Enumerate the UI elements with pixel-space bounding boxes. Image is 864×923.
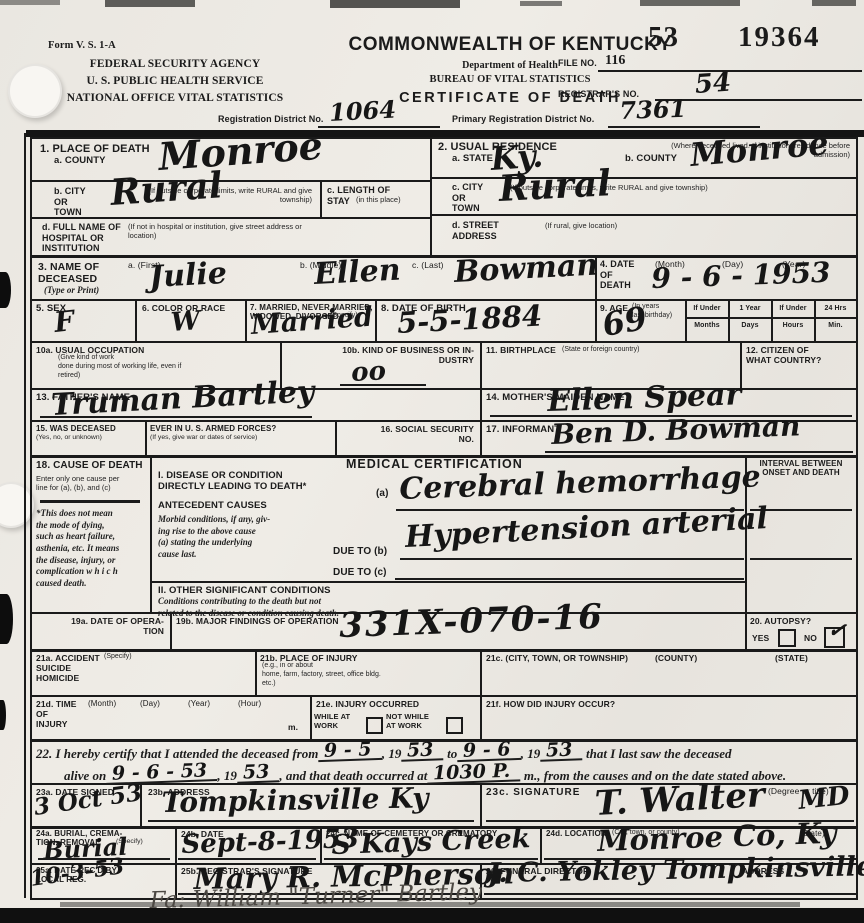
file-no-value: 116 [605, 53, 626, 70]
cause-note-rule [40, 500, 140, 503]
address-signed-value: Tompkinsville Ky [161, 781, 428, 819]
length-of-stay-hint: (in this place) [356, 195, 401, 204]
residence-street-label: d. STREET ADDRESS [452, 220, 499, 241]
stamp-file-serial: 19364 [738, 20, 821, 54]
residence-state-label: a. STATE [452, 153, 493, 164]
residence-street-hint: (If rural, give location) [545, 221, 617, 230]
age-col4-bottom: Min. [815, 322, 856, 330]
form-number: Form V. S. 1-A [48, 40, 116, 52]
injury-state-label: (STATE) [775, 653, 808, 663]
certify-text-2a: alive on [64, 768, 106, 783]
stamp-file-year: 53 [648, 20, 679, 54]
name-last-label: c. (Last) [412, 260, 444, 270]
name-sub: (Type or Print) [44, 285, 99, 297]
scan-artifact [812, 0, 856, 6]
agency-line-1: FEDERAL SECURITY AGENCY [40, 58, 310, 72]
certify-line-1: 22. I hereby certify that I attended the… [36, 744, 732, 763]
binding-mark [0, 272, 11, 308]
injury-day-hint: (Day) [140, 699, 160, 708]
not-while-at-work-checkbox [446, 717, 463, 734]
due-to-c-rule [395, 578, 744, 580]
informant-rule [545, 451, 853, 453]
address-signed-rule [148, 820, 474, 822]
business-rule [340, 384, 426, 386]
how-injury-label: 21f. HOW DID INJURY OCCUR? [486, 699, 615, 709]
place-city-label: b. CITY OR TOWN [54, 186, 86, 218]
residence-city-value: Rural [498, 162, 612, 210]
left-binding-line [24, 133, 26, 898]
registrars-no-rule [655, 99, 862, 101]
registration-district-value: 1064 [328, 95, 396, 127]
place-county-label: a. COUNTY [54, 155, 106, 166]
certify-to-value: 9 - 6 [457, 741, 521, 762]
autopsy-yes-checkbox [778, 629, 796, 647]
primary-district-rule [608, 126, 760, 128]
accident-hint: (Specify) [104, 653, 132, 662]
age-col4-top: 24 Hrs [815, 305, 856, 313]
registration-district-rule [318, 126, 440, 128]
armed-forces-hint-2: (If yes, give war or dates of service) [150, 434, 257, 442]
cause-of-death-sub: Enter only one cause per line for (a), (… [36, 474, 119, 493]
institution-label: d. FULL NAME OF HOSPITAL OR INSTITUTION [42, 222, 121, 254]
accident-label: 21a. ACCIDENT SUICIDE HOMICIDE [36, 653, 100, 683]
hole-punch [0, 482, 34, 528]
informant-label: 17. INFORMANT [486, 424, 560, 435]
certify-text-1a: 22. I hereby certify that I attended the… [36, 746, 318, 761]
certify-time-value: 1030 P. [427, 762, 521, 784]
signature-degree-value: MD [797, 781, 851, 816]
certify-year-3: 53 [237, 763, 280, 784]
age-col2-bottom: Days [729, 322, 771, 330]
operation-findings-label: 19b. MAJOR FINDINGS OF OPERATION [176, 616, 339, 626]
occupation-hint: (Give kind of work done during most of w… [58, 354, 273, 380]
armed-forces-hint-1: (Yes, no, or unknown) [36, 434, 102, 442]
injury-county-label: (COUNTY) [655, 653, 697, 663]
residence-city-label: c. CITY OR TOWN [452, 182, 483, 214]
time-of-injury-label: 21d. TIME OF INJURY [36, 699, 77, 729]
certify-from-value: 9 - 5 [318, 741, 382, 762]
antecedent-text: Morbid conditions, if any, giv- ing rise… [158, 514, 270, 561]
disease-a-prefix: (a) [376, 488, 389, 500]
name-middle-value: Ellen [313, 253, 401, 292]
while-at-work-checkbox [366, 717, 383, 734]
institution-hint: (If not in hospital or institution, give… [128, 222, 418, 241]
place-city-value: Rural [109, 164, 224, 214]
while-at-work-label: WHILE AT WORK [314, 713, 350, 731]
certify-text-1d: , 19 [521, 746, 541, 761]
title-bureau: BUREAU OF VITAL STATISTICS [350, 74, 670, 86]
armed-forces-label-2: EVER IN U. S. ARMED FORCES? [150, 424, 276, 433]
title-commonwealth: COMMONWEALTH OF KENTUCKY [320, 34, 700, 56]
injury-m-label: m. [288, 722, 298, 732]
certify-text-1b: , 19 [382, 746, 402, 761]
antecedent-title: ANTECEDENT CAUSES [158, 500, 267, 511]
birthplace-hint: (State or foreign country) [562, 346, 639, 355]
autopsy-yes-label: YES [752, 633, 769, 643]
age-col3-bottom: Hours [772, 322, 814, 330]
injury-hour-hint: (Hour) [238, 699, 261, 708]
death-certificate-scan: Form V. S. 1-A FEDERAL SECURITY AGENCY U… [0, 0, 864, 923]
file-no-label: FILE NO. [558, 58, 597, 69]
scan-artifact [0, 0, 60, 5]
certify-text-1e: that I last saw the deceased [586, 746, 732, 761]
name-label: 3. NAME OF DECEASED [38, 261, 99, 286]
armed-forces-label-1: 15. WAS DECEASED [36, 424, 116, 433]
color-race-value: W [170, 306, 201, 338]
due-to-b-rule [400, 558, 744, 560]
signature-label: 23c. SIGNATURE [486, 787, 580, 799]
agency-line-3: NATIONAL OFFICE VITAL STATISTICS [30, 92, 320, 106]
father-rule [40, 416, 312, 418]
scan-artifact [520, 1, 562, 6]
age-col3-top: If Under [772, 305, 814, 313]
not-while-at-work-label: NOT WHILE AT WORK [386, 713, 429, 731]
other-conditions-title: II. OTHER SIGNIFICANT CONDITIONS [158, 585, 331, 596]
injury-occurred-label: 21e. INJURY OCCURRED [316, 699, 419, 709]
scan-artifact [330, 0, 460, 8]
funeral-director-rule [484, 893, 856, 895]
due-to-b-label: DUE TO (b) [333, 546, 387, 558]
social-security-label: 16. SOCIAL SECURITY NO. [342, 424, 474, 444]
certify-year-1: 53 [401, 741, 444, 762]
date-of-death-value: 9 - 6 - 1953 [651, 256, 831, 295]
funeral-director-value: J. C. Yokley Tompkinsville Ky [487, 850, 864, 889]
interval-b-rule [750, 558, 852, 560]
operation-date-label: 19a. DATE OF OPERA- TION [36, 616, 164, 636]
cause-of-death-label: 18. CAUSE OF DEATH [36, 460, 143, 472]
primary-district-value: 7361 [619, 94, 687, 125]
cause-of-death-note: *This does not mean the mode of dying, s… [36, 508, 119, 590]
age-col1-bottom: Months [686, 322, 728, 330]
certify-text-1c: to [447, 746, 457, 761]
injury-city-label: 21c. (CITY, TOWN, OR TOWNSHIP) [486, 653, 628, 663]
date-of-death-label: 4. DATE OF DEATH [600, 259, 635, 291]
scan-artifact [640, 0, 740, 6]
certify-text-2b: , 19 [217, 768, 237, 783]
autopsy-no-label: NO [804, 633, 817, 643]
birthplace-label: 11. BIRTHPLACE [486, 345, 556, 355]
age-value: 69 [599, 299, 649, 344]
residence-county-label: b. COUNTY [625, 153, 677, 164]
primary-district-label: Primary Registration District No. [452, 114, 594, 125]
scan-artifact [105, 0, 195, 7]
interval-label: INTERVAL BETWEEN ONSET AND DEATH [748, 459, 854, 478]
binding-mark [0, 594, 13, 644]
age-col2-top: 1 Year [729, 305, 771, 313]
place-of-injury-hint: (e.g., in or about home, farm, factory, … [262, 662, 462, 688]
injury-month-hint: (Month) [88, 699, 116, 708]
age-subcol-hline [685, 317, 856, 319]
hole-punch [8, 64, 62, 118]
registrars-no-value: 54 [694, 68, 732, 100]
autopsy-no-mark: ✓ [826, 616, 848, 644]
bottom-scan-band [0, 908, 864, 923]
injury-year-hint: (Year) [188, 699, 210, 708]
sex-value: F [53, 304, 76, 339]
binding-mark [0, 700, 6, 730]
agency-line-2: U. S. PUBLIC HEALTH SERVICE [40, 75, 310, 89]
other-conditions-divider [150, 581, 747, 583]
certify-year-2: 53 [540, 741, 583, 762]
citizen-label: 12. CITIZEN OF WHAT COUNTRY? [746, 345, 821, 365]
age-col1-top: If Under [686, 305, 728, 313]
disease-label: I. DISEASE OR CONDITION DIRECTLY LEADING… [158, 470, 306, 492]
name-first-value: Julie [148, 256, 228, 295]
autopsy-label: 20. AUTOPSY? [750, 616, 811, 626]
due-to-c-label: DUE TO (c) [333, 567, 387, 579]
